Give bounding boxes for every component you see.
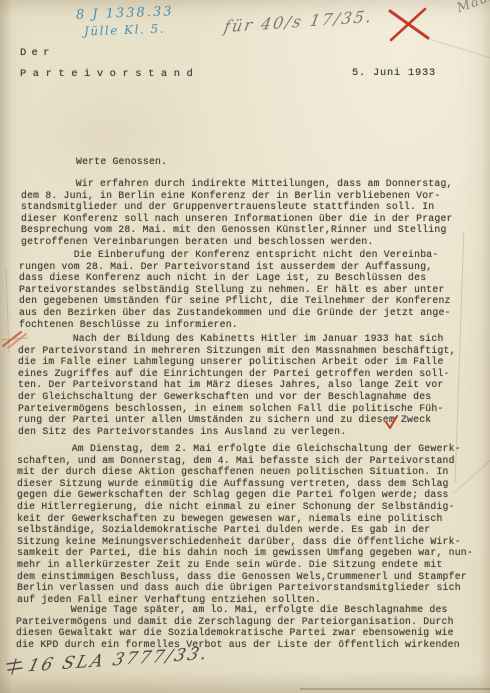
scanned-letter-page: 8 J 1338.33 Jülle Kl. 5. für 40/s 17/35.… <box>0 0 490 693</box>
pencil-filing-note: für 40/s 17/35. <box>222 7 374 37</box>
typewritten-paragraph-1: Wir erfahren durch indirekte Mitteilunge… <box>21 178 453 248</box>
typewritten-paragraph-3: Nach der Bildung des Kabinetts Hitler im… <box>18 333 456 437</box>
typewritten-paragraph-2: Die Einberufung der Konferenz entspricht… <box>19 249 451 330</box>
letter-salutation: Werte Genossen. <box>76 156 167 167</box>
letter-recipient-line2: Parteivorstand <box>20 68 199 80</box>
letter-date: 5. Juni 1933 <box>352 67 436 79</box>
red-cross-icon <box>386 6 432 42</box>
pencil-name-note: Mauke <box>455 0 490 16</box>
letter-recipient-line1: Der <box>20 47 55 59</box>
paper-edge-shadow <box>300 688 490 690</box>
paper-crease <box>425 37 490 59</box>
blue-registry-note-line1: 8 J 1338.33 <box>76 4 174 22</box>
bottom-left-tick-icon <box>4 658 26 678</box>
typewritten-paragraph-5: Wenige Tage später, am lo. Mai, erfolgte… <box>16 604 460 650</box>
paper-crease <box>6 268 10 353</box>
typewritten-paragraph-4: Am Dienstag, dem 2. Mai erfolgte die Gle… <box>17 443 473 605</box>
blue-registry-note-line2: Jülle Kl. 5. <box>84 22 165 39</box>
